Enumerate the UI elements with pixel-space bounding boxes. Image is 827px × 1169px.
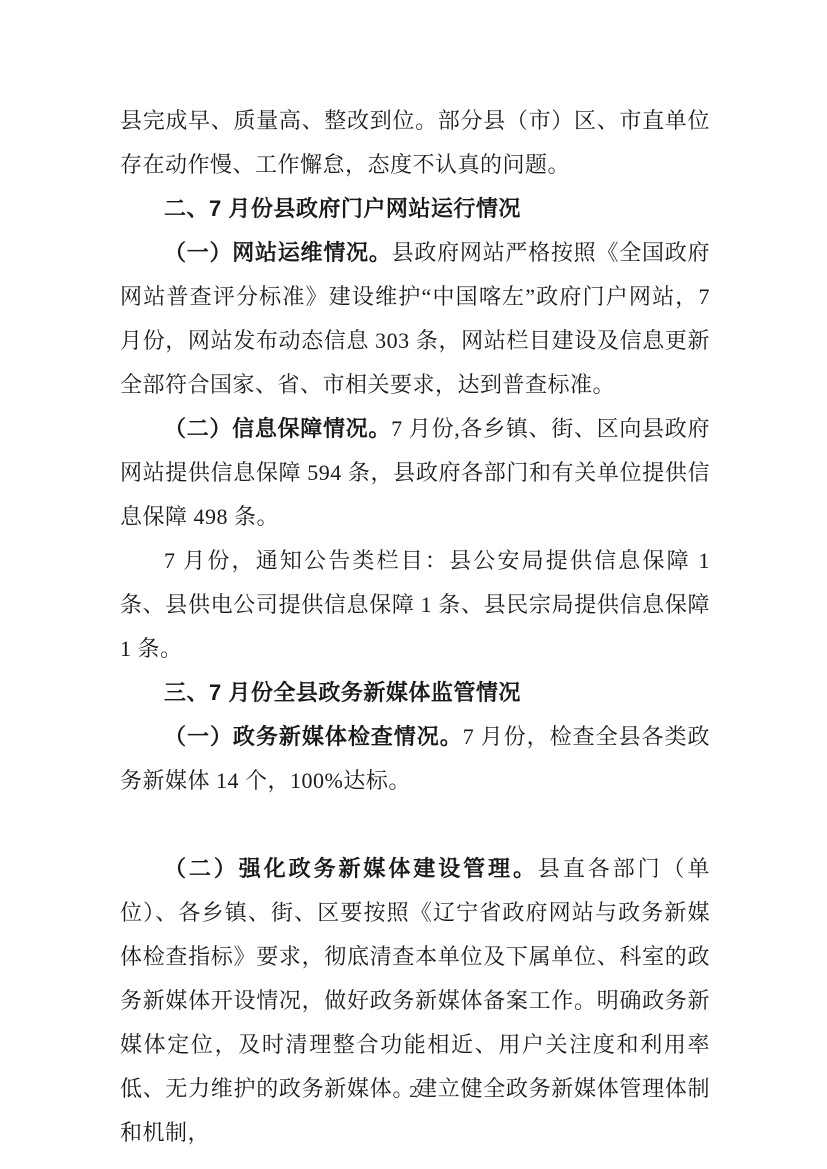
page-number: 2 — [409, 1082, 418, 1101]
section-heading-3: 三、7 月份全县政务新媒体监管情况 — [120, 671, 710, 715]
paragraph-bold-lead: （二）信息保障情况。 — [164, 416, 391, 441]
section-heading-text: 三、7 月份全县政务新媒体监管情况 — [164, 680, 521, 705]
section-heading-text: 二、7 月份县政府门户网站运行情况 — [164, 196, 521, 221]
paragraph-bold-lead: （一）政务新媒体检查情况。 — [164, 724, 463, 749]
document-body: 县完成早、质量高、整改到位。部分县（市）区、市直单位存在动作慢、工作懈怠，态度不… — [120, 99, 710, 1155]
document-page: 县完成早、质量高、整改到位。部分县（市）区、市直单位存在动作慢、工作懈怠，态度不… — [0, 0, 827, 1169]
paragraph-bold-lead: （二）强化政务新媒体建设管理。 — [164, 856, 538, 881]
paragraph-bold-lead: （一）网站运维情况。 — [164, 240, 392, 265]
paragraph-text: 县完成早、质量高、整改到位。部分县（市）区、市直单位存在动作慢、工作懈怠，态度不… — [120, 108, 710, 177]
paragraph-new-media-inspection: （一）政务新媒体检查情况。7 月份，检查全县各类政务新媒体 14 个，100%达… — [120, 715, 710, 803]
page-footer: 2 — [0, 1080, 827, 1104]
paragraph-new-media-management: （二）强化政务新媒体建设管理。县直各部门（单位）、各乡镇、街、区要按照《辽宁省政… — [120, 847, 710, 1155]
paragraph-text: 7 月份，通知公告类栏目：县公安局提供信息保障 1 条、县供电公司提供信息保障 … — [120, 548, 710, 661]
paragraph-website-operation: （一）网站运维情况。县政府网站严格按照《全国政府网站普查评分标准》建设维护“中国… — [120, 231, 710, 407]
paragraph-information-support: （二）信息保障情况。7 月份,各乡镇、街、区向县政府网站提供信息保障 594 条… — [120, 407, 710, 539]
section-heading-2: 二、7 月份县政府门户网站运行情况 — [120, 187, 710, 231]
paragraph-continuation: 县完成早、质量高、整改到位。部分县（市）区、市直单位存在动作慢、工作懈怠，态度不… — [120, 99, 710, 187]
paragraph-notice-column: 7 月份，通知公告类栏目：县公安局提供信息保障 1 条、县供电公司提供信息保障 … — [120, 539, 710, 671]
